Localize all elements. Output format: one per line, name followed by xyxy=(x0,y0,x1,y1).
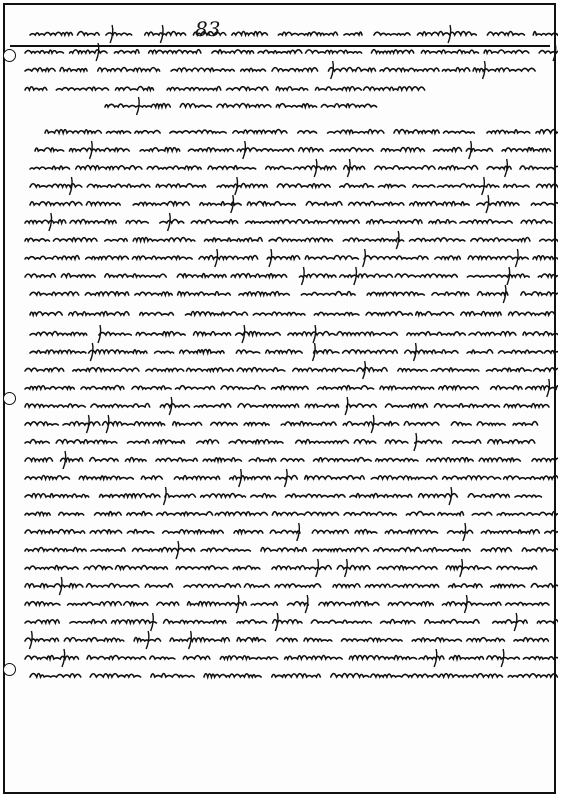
manuscript-page: 83 xyxy=(3,3,556,794)
handwriting-body xyxy=(5,5,558,796)
